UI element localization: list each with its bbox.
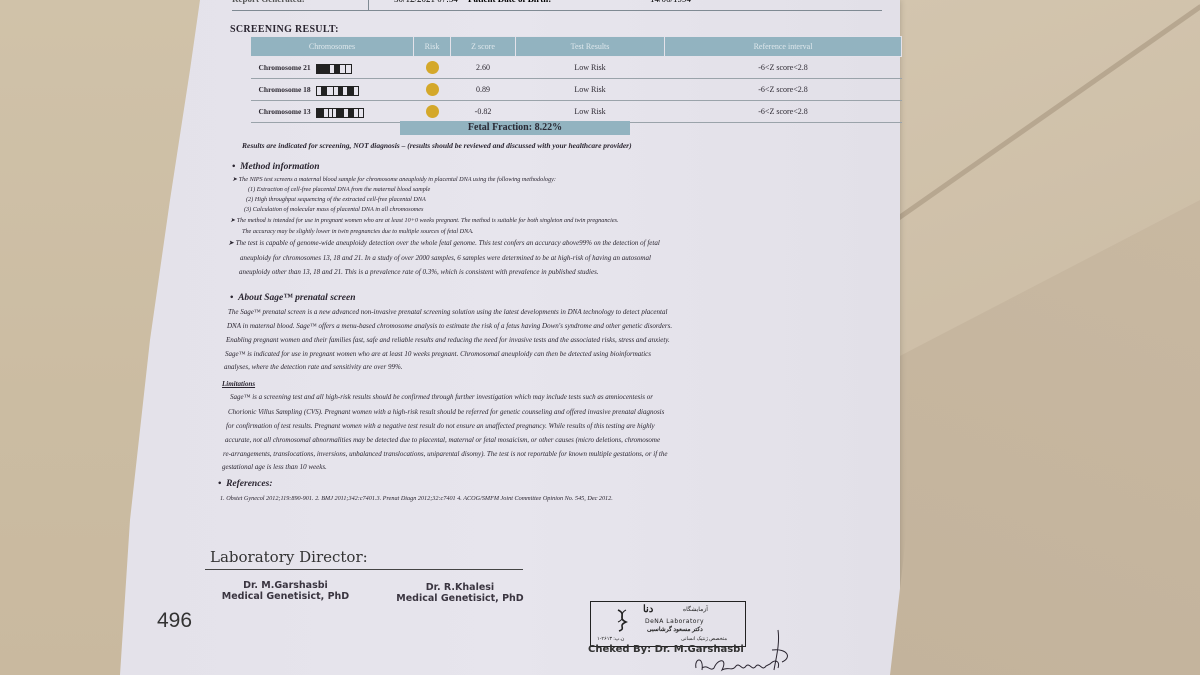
doctor-block: Dr. R.Khalesi Medical Genetisict, PhD: [390, 582, 530, 604]
method-text: The method is intended for use in pregna…: [237, 217, 619, 224]
limitations-title: Limitations: [222, 380, 255, 388]
chromosome-label: Chromosome 21: [259, 63, 311, 72]
bullet-icon: •: [232, 162, 240, 172]
risk-indicator-icon: [426, 83, 439, 96]
stamp-brand-fa: دنا: [643, 604, 653, 615]
screening-disclaimer: Results are indicated for screening, NOT…: [242, 141, 632, 150]
about-text: DNA in maternal blood. Sage™ offers a me…: [227, 322, 672, 330]
method-text: The test is capable of genome-wide aneup…: [236, 239, 660, 247]
chromosome-label: Chromosome 18: [259, 85, 311, 94]
about-title: About Sage™ prenatal screen: [238, 293, 355, 303]
method-heading: • Method information: [232, 162, 320, 172]
table-row: Chromosome 21 2.60 Low Risk -6<Z score<2…: [251, 57, 902, 79]
reference-cell: -6<Z score<2.8: [665, 101, 902, 123]
stamp-code-fa: ن.پ: ۲۶۱۳-۱: [597, 636, 624, 642]
chromosome-cell: Chromosome 18: [251, 79, 414, 101]
report-header: Report Generated: 30/12/2021 07:54 Patie…: [232, 0, 882, 8]
col-z-score: Z score: [451, 37, 516, 57]
about-heading: • About Sage™ prenatal screen: [230, 293, 356, 303]
signature-icon: [688, 628, 808, 675]
references-title: References:: [226, 479, 272, 489]
screening-title: SCREENING RESULT:: [230, 24, 339, 35]
risk-indicator-icon: [426, 61, 439, 74]
method-intro: ➤ The NIPS test screens a maternal blood…: [232, 176, 556, 183]
z-score-cell: -0.82: [451, 101, 516, 123]
risk-cell: [414, 101, 451, 123]
col-chromosomes: Chromosomes: [251, 37, 414, 57]
method-title: Method information: [240, 162, 319, 172]
limitations-text: gestational age is less than 10 weeks.: [222, 463, 327, 471]
doctor-name: Dr. M.Garshasbi: [208, 580, 363, 591]
generated-value: 30/12/2021 07:54: [394, 0, 458, 4]
lab-director-divider: [205, 569, 523, 570]
about-text: Sage™ is indicated for use in pregnant w…: [225, 350, 651, 358]
stamp-brand-en: DeNA Laboratory: [645, 618, 704, 625]
result-cell: Low Risk: [516, 57, 665, 79]
risk-indicator-icon: [426, 105, 439, 118]
doctor-title: Medical Genetisict, PhD: [390, 593, 530, 604]
ideogram-icon: [317, 64, 352, 72]
about-text: The Sage™ prenatal screen is a new advan…: [228, 308, 667, 316]
limitations-text: for confirmation of test results. Pregna…: [226, 422, 655, 430]
limitations-text: accurate, not all chromosomal abnormalit…: [225, 436, 660, 444]
doctor-name: Dr. R.Khalesi: [390, 582, 530, 593]
table-row: Chromosome 13 -0.82 Low Risk -6<Z score<…: [251, 101, 902, 123]
ideogram-icon: [317, 108, 364, 116]
bullet-icon: •: [230, 293, 238, 303]
doctor-title: Medical Genetisict, PhD: [208, 591, 363, 602]
col-reference-interval: Reference interval: [665, 37, 902, 57]
page-number: 496: [157, 609, 192, 633]
header-separator: [368, 0, 369, 10]
method-text: aneuploidy for chromosomes 13, 18 and 21…: [240, 254, 651, 262]
chromosome-cell: Chromosome 13: [251, 101, 414, 123]
fetal-fraction-banner: Fetal Fraction: 8.22%: [400, 121, 630, 135]
lab-director-title: Laboratory Director:: [210, 548, 368, 566]
method-paragraph: ➤ The test is capable of genome-wide ane…: [228, 239, 660, 247]
stamp-lab-fa: آزمایشگاه: [683, 606, 708, 613]
method-paragraph: ➤ The method is intended for use in preg…: [230, 217, 619, 224]
col-risk: Risk: [414, 37, 451, 57]
table-row: Chromosome 18 0.89 Low Risk -6<Z score<2…: [251, 79, 902, 101]
result-cell: Low Risk: [516, 101, 665, 123]
references-heading: • References:: [218, 479, 273, 489]
method-text: aneuploidy other than 13, 18 and 21. Thi…: [239, 268, 599, 276]
references-text: 1. Obstet Gynecol 2012;119:890-901. 2. B…: [220, 495, 613, 502]
method-step: (3) Calculation of molecular mass of pla…: [244, 206, 423, 213]
bullet-icon: •: [218, 479, 226, 489]
header-divider: [232, 10, 882, 11]
z-score-cell: 0.89: [451, 79, 516, 101]
arrow-bullet-icon: ➤: [228, 239, 236, 247]
ideogram-icon: [317, 86, 359, 94]
dob-label: Patient Date of Birth:: [468, 0, 551, 4]
method-intro-text: The NIPS test screens a maternal blood s…: [239, 176, 556, 183]
screening-table: Chromosomes Risk Z score Test Results Re…: [250, 36, 902, 123]
reference-cell: -6<Z score<2.8: [665, 79, 902, 101]
dob-value: 14/06/1994: [650, 0, 691, 4]
method-step: (2) High throughput sequencing of the ex…: [246, 196, 426, 203]
method-text: The accuracy may be slightly lower in tw…: [242, 228, 474, 235]
method-step: (1) Extraction of cell-free placental DN…: [248, 186, 430, 193]
col-test-results: Test Results: [516, 37, 665, 57]
about-text: analyses, where the detection rate and s…: [224, 363, 403, 371]
risk-cell: [414, 57, 451, 79]
chromosome-label: Chromosome 13: [259, 107, 311, 116]
limitations-text: re-arrangements, translocations, inversi…: [223, 450, 667, 458]
limitations-text: Chorionic Villus Sampling (CVS). Pregnan…: [228, 408, 664, 416]
result-cell: Low Risk: [516, 79, 665, 101]
risk-cell: [414, 79, 451, 101]
doctor-block: Dr. M.Garshasbi Medical Genetisict, PhD: [208, 580, 363, 602]
arrow-bullet-icon: ➤: [232, 176, 239, 183]
dna-logo-icon: [615, 608, 629, 632]
report-page: Report Generated: 30/12/2021 07:54 Patie…: [120, 0, 900, 675]
arrow-bullet-icon: ➤: [230, 217, 237, 224]
z-score-cell: 2.60: [451, 57, 516, 79]
reference-cell: -6<Z score<2.8: [665, 57, 902, 79]
generated-label: Report Generated:: [232, 0, 305, 4]
about-text: Enabling pregnant women and their famili…: [226, 336, 670, 344]
limitations-text: Sage™ is a screening test and all high-r…: [230, 393, 653, 401]
chromosome-cell: Chromosome 21: [251, 57, 414, 79]
